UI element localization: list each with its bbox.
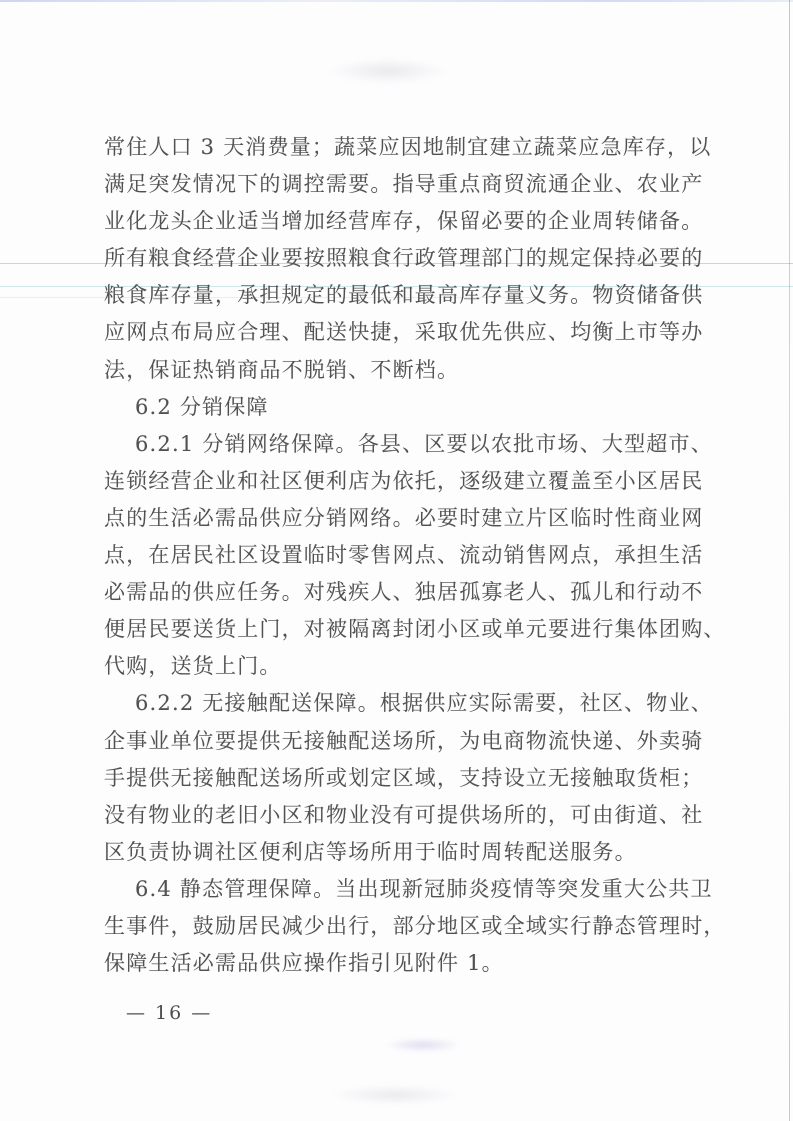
text-line: 企事业单位要提供无接触配送场所，为电商物流快递、外卖骑 xyxy=(104,723,704,760)
text-line: 必需品的供应任务。对残疾人、独居孤寡老人、孤儿和行动不 xyxy=(104,574,704,611)
text-line: 生事件，鼓励居民减少出行，部分地区或全域实行静态管理时， xyxy=(104,908,704,945)
text-line: 6.2.2 无接触配送保障。根据供应实际需要，社区、物业、 xyxy=(104,685,704,722)
text-line: 粮食库存量，承担规定的最低和最高库存量义务。物资储备供 xyxy=(104,277,704,314)
text-line: 点的生活必需品供应分销网络。必要时建立片区临时性商业网 xyxy=(104,500,704,537)
text-line: 业化龙头企业适当增加经营库存，保留必要的企业周转储备。 xyxy=(104,203,704,240)
scanned-document-page: 常住人口 3 天消费量；蔬菜应因地制宜建立蔬菜应急库存，以满足突发情况下的调控需… xyxy=(0,0,793,1121)
text-line: 保障生活必需品供应操作指引见附件 1。 xyxy=(104,945,704,982)
scan-smudge-bottom-2 xyxy=(330,1085,460,1105)
page-number-text: — 16 — xyxy=(126,1002,212,1024)
text-line: 常住人口 3 天消费量；蔬菜应因地制宜建立蔬菜应急库存，以 xyxy=(104,129,704,166)
document-body-text: 常住人口 3 天消费量；蔬菜应因地制宜建立蔬菜应急库存，以满足突发情况下的调控需… xyxy=(104,129,704,982)
text-line: 连锁经营企业和社区便利店为依托，逐级建立覆盖至小区居民 xyxy=(104,463,704,500)
text-line: 法，保证热销商品不脱销、不断档。 xyxy=(104,352,704,389)
text-line: 6.2 分销保障 xyxy=(104,389,704,426)
text-line: 区负责协调社区便利店等场所用于临时周转配送服务。 xyxy=(104,834,704,871)
text-line: 6.2.1 分销网络保障。各县、区要以农批市场、大型超市、 xyxy=(104,426,704,463)
text-line: 点，在居民社区设置临时零售网点、流动销售网点，承担生活 xyxy=(104,537,704,574)
scan-smudge-bottom-1 xyxy=(384,1038,462,1052)
scan-smudge-top xyxy=(328,58,448,84)
text-line: 6.4 静态管理保障。当出现新冠肺炎疫情等突发重大公共卫 xyxy=(104,871,704,908)
text-line: 应网点布局应合理、配送快捷，采取优先供应、均衡上市等办 xyxy=(104,314,704,351)
text-line: 便居民要送货上门，对被隔离封闭小区或单元要进行集体团购、 xyxy=(104,611,704,648)
text-line: 没有物业的老旧小区和物业没有可提供场所的，可由街道、社 xyxy=(104,797,704,834)
text-line: 代购，送货上门。 xyxy=(104,648,704,685)
text-line: 所有粮食经营企业要按照粮食行政管理部门的规定保持必要的 xyxy=(104,240,704,277)
scan-artifact-top-edge-line xyxy=(0,0,793,2)
page-number: — 16 — xyxy=(126,1002,212,1024)
text-line: 满足突发情况下的调控需要。指导重点商贸流通企业、农业产 xyxy=(104,166,704,203)
scan-artifact-page-edge-line xyxy=(789,0,790,1121)
text-line: 手提供无接触配送场所或划定区域，支持设立无接触取货柜； xyxy=(104,760,704,797)
